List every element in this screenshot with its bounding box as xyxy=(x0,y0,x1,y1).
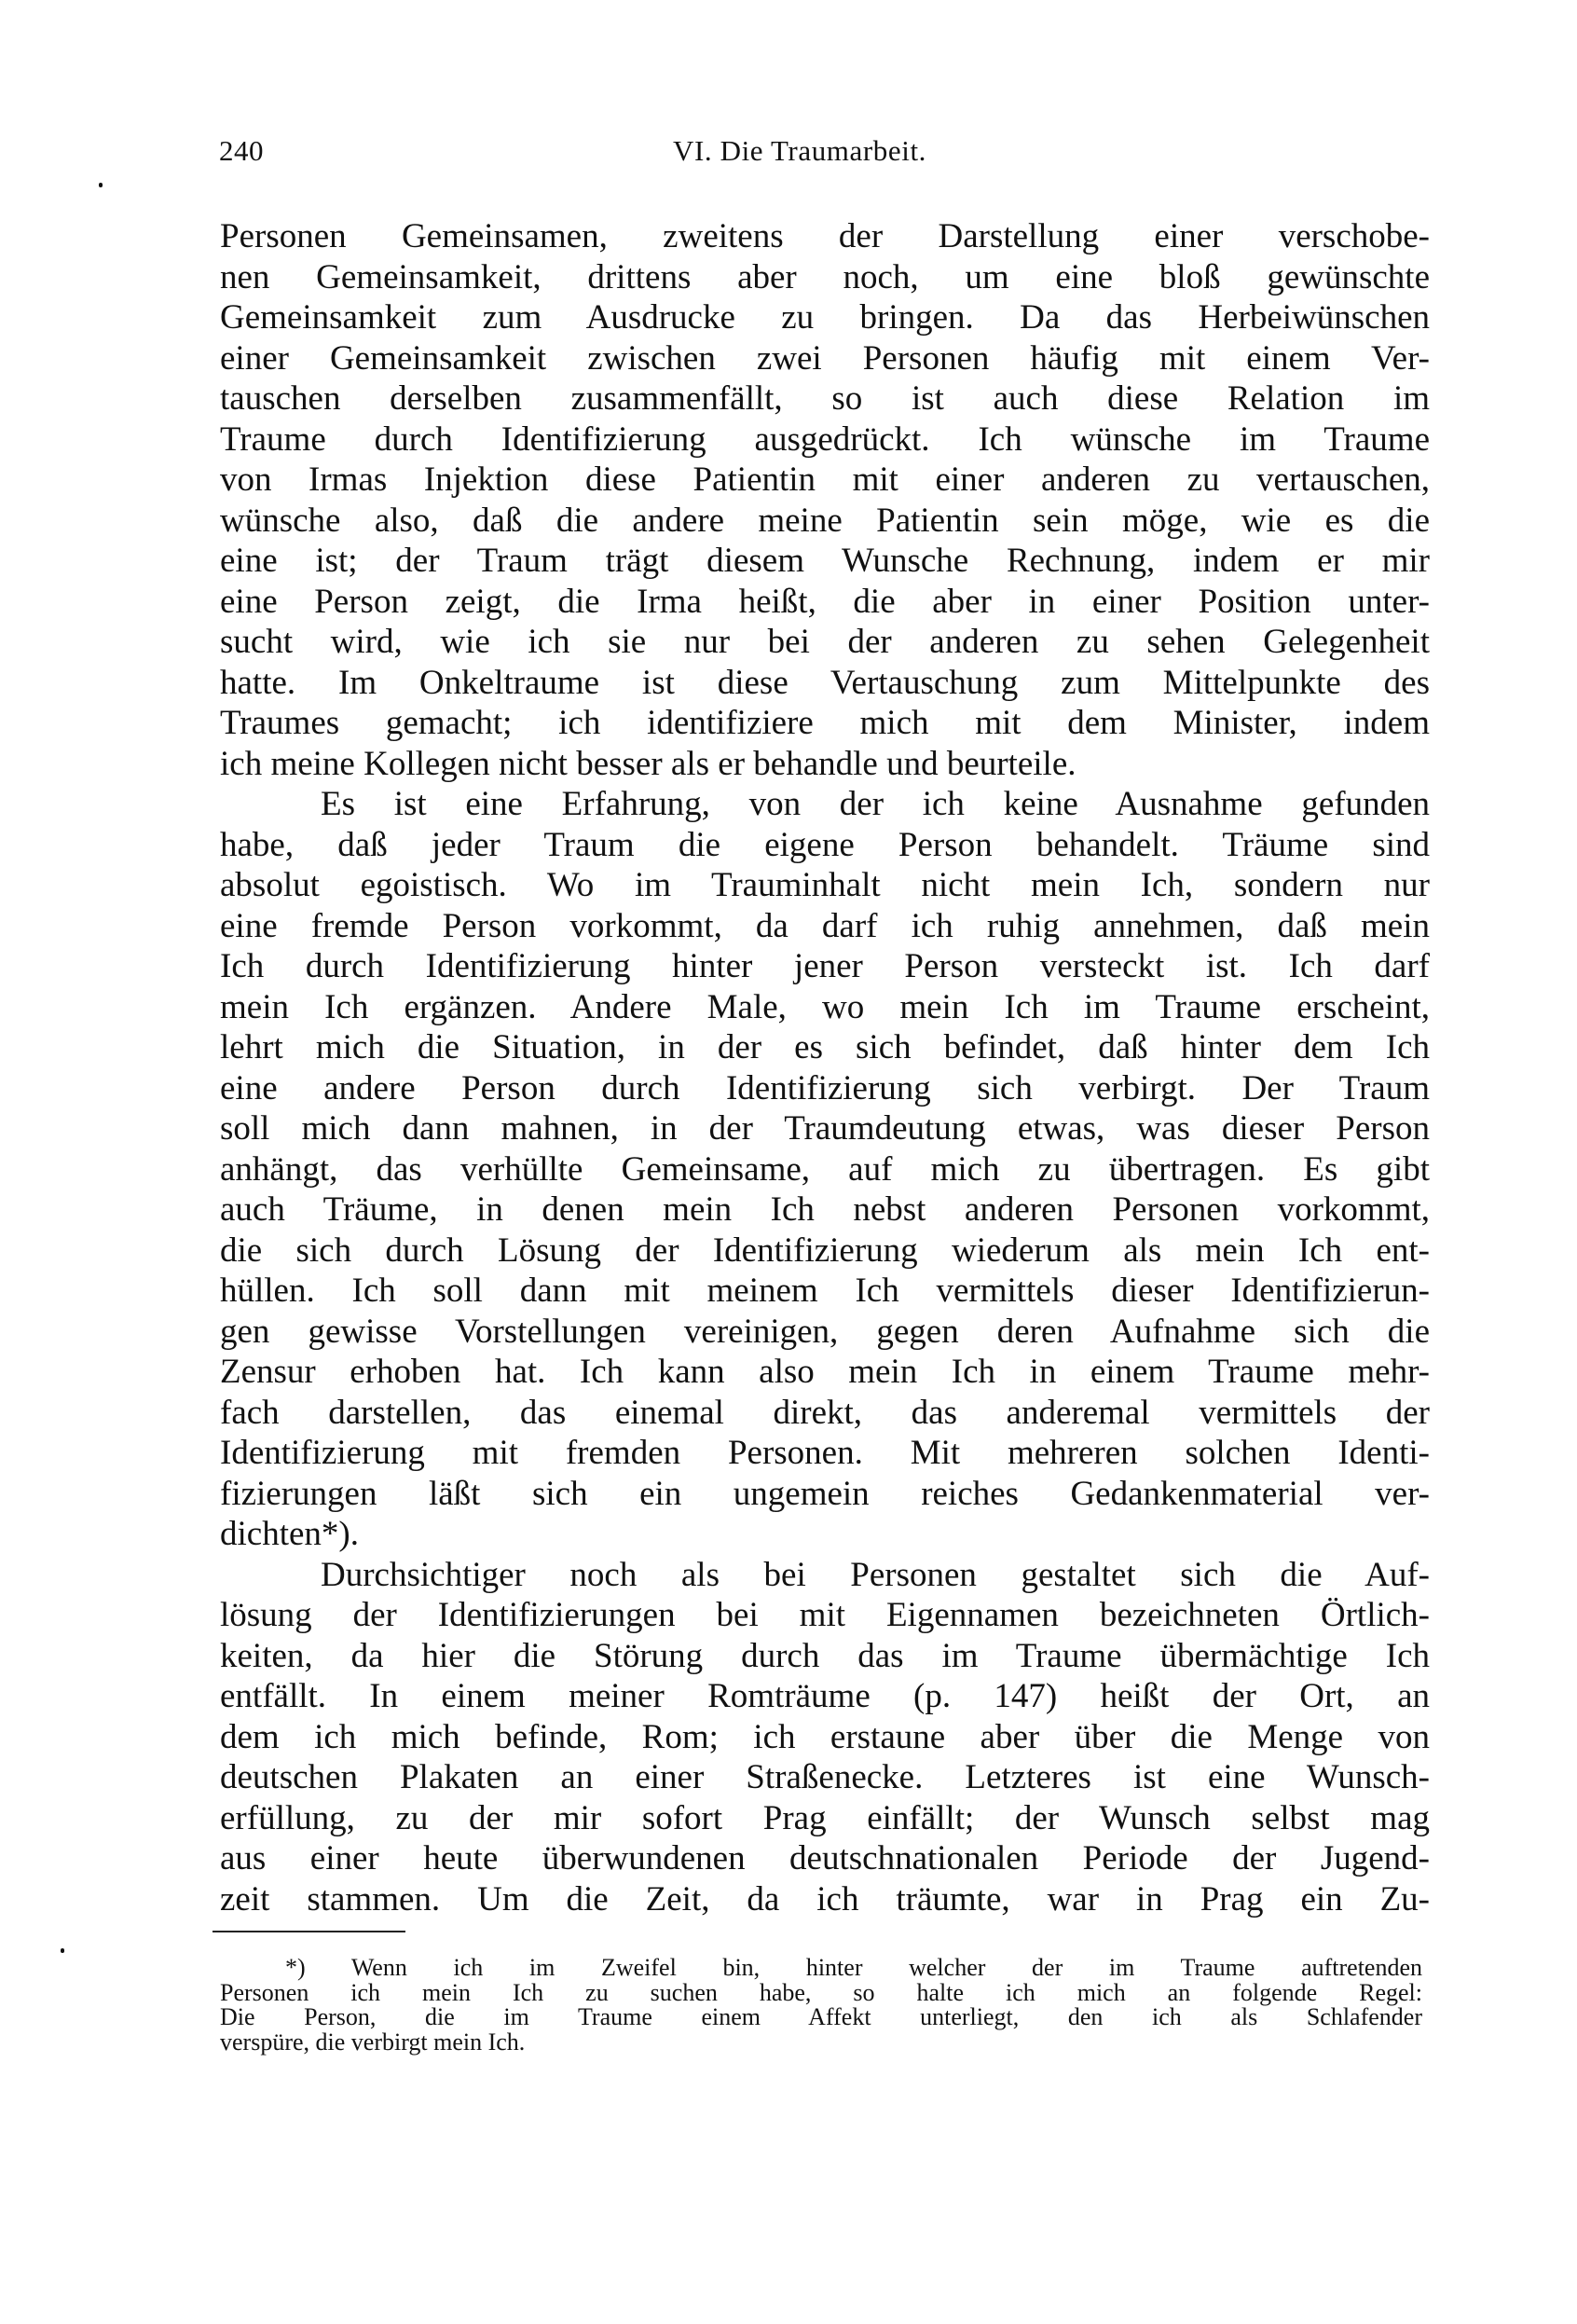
paragraph-start-line: Es ist eine Erfahrung, von der ich keine… xyxy=(220,784,1430,825)
scan-speck xyxy=(99,183,103,187)
text-line: hatte. Im Onkeltraume ist diese Vertausc… xyxy=(220,663,1430,704)
footnote: *) Wenn ich im Zweifel bin, hinter welch… xyxy=(220,1956,1422,2056)
text-line: auch Träume, in denen mein Ich nebst and… xyxy=(220,1190,1430,1231)
footnote-line: Die Person, die im Traume einem Affekt u… xyxy=(220,2005,1422,2030)
text-line: einer Gemeinsamkeit zwischen zwei Person… xyxy=(220,338,1430,379)
text-line: gen gewisse Vorstellungen vereinigen, ge… xyxy=(220,1312,1430,1353)
text-line: lehrt mich die Situation, in der es sich… xyxy=(220,1027,1430,1068)
text-line: zeit stammen. Um die Zeit, da ich träumt… xyxy=(220,1879,1430,1920)
text-line: entfällt. In einem meiner Romträume (p. … xyxy=(220,1676,1430,1717)
book-page: 240 VI. Die Traumarbeit. Personen Gemein… xyxy=(0,0,1577,2324)
text-line: hüllen. Ich soll dann mit meinem Ich ver… xyxy=(220,1271,1430,1312)
footnote-line: *) Wenn ich im Zweifel bin, hinter welch… xyxy=(220,1956,1422,1981)
text-line: wünsche also, daß die andere meine Patie… xyxy=(220,501,1430,542)
footnote-line: Personen ich mein Ich zu suchen habe, so… xyxy=(220,1981,1422,2006)
text-line: fizierungen läßt sich ein ungemein reich… xyxy=(220,1474,1430,1515)
footnote-line: verspüre, die verbirgt mein Ich. xyxy=(220,2030,1422,2056)
text-line: deutschen Plakaten an einer Straßenecke.… xyxy=(220,1757,1430,1798)
text-line: Traume durch Identifizierung ausgedrückt… xyxy=(220,419,1430,461)
text-line: tauschen derselben zusammenfällt, so ist… xyxy=(220,378,1430,419)
text-line: eine andere Person durch Identifizierung… xyxy=(220,1068,1430,1109)
chapter-title: VI. Die Traumarbeit. xyxy=(673,131,926,172)
running-head: 240 VI. Die Traumarbeit. xyxy=(219,131,1429,172)
page-number: 240 xyxy=(219,131,264,172)
text-line: dem ich mich befinde, Rom; ich erstaune … xyxy=(220,1717,1430,1758)
text-line: fach darstellen, das einemal direkt, das… xyxy=(220,1393,1430,1434)
text-line: Identifizierung mit fremden Personen. Mi… xyxy=(220,1433,1430,1474)
text-line: sucht wird, wie ich sie nur bei der ande… xyxy=(220,622,1430,663)
footnote-separator xyxy=(213,1931,405,1932)
text-line: Ich durch Identifizierung hinter jener P… xyxy=(220,946,1430,987)
paragraph-end-line: ich meine Kollegen nicht besser als er b… xyxy=(220,744,1430,785)
text-line: Personen Gemeinsamen, zweitens der Darst… xyxy=(220,216,1430,257)
text-line: habe, daß jeder Traum die eigene Person … xyxy=(220,825,1430,866)
text-line: keiten, da hier die Störung durch das im… xyxy=(220,1636,1430,1677)
body-text: Personen Gemeinsamen, zweitens der Darst… xyxy=(220,216,1430,1919)
text-line: anhängt, das verhüllte Gemeinsame, auf m… xyxy=(220,1149,1430,1190)
scan-speck xyxy=(61,1948,64,1953)
text-line: eine fremde Person vorkommt, da darf ich… xyxy=(220,906,1430,947)
text-line: mein Ich ergänzen. Andere Male, wo mein … xyxy=(220,987,1430,1028)
text-line: soll mich dann mahnen, in der Traumdeutu… xyxy=(220,1108,1430,1149)
text-line: erfüllung, zu der mir sofort Prag einfäl… xyxy=(220,1798,1430,1839)
text-line: eine ist; der Traum trägt diesem Wunsche… xyxy=(220,541,1430,582)
text-line: die sich durch Lösung der Identifizierun… xyxy=(220,1231,1430,1272)
text-line: Traumes gemacht; ich identifiziere mich … xyxy=(220,703,1430,744)
text-line: von Irmas Injektion diese Patientin mit … xyxy=(220,460,1430,501)
text-line: absolut egoistisch. Wo im Trauminhalt ni… xyxy=(220,865,1430,906)
text-line: Zensur erhoben hat. Ich kann also mein I… xyxy=(220,1352,1430,1393)
paragraph-end-line: dichten*). xyxy=(220,1514,1430,1555)
paragraph-start-line: Durchsichtiger noch als bei Personen ges… xyxy=(220,1555,1430,1596)
text-line: aus einer heute überwundenen deutschnati… xyxy=(220,1838,1430,1879)
text-line: nen Gemeinsamkeit, drittens aber noch, u… xyxy=(220,257,1430,298)
text-line: lösung der Identifizierungen bei mit Eig… xyxy=(220,1595,1430,1636)
text-line: Gemeinsamkeit zum Ausdrucke zu bringen. … xyxy=(220,297,1430,338)
text-line: eine Person zeigt, die Irma heißt, die a… xyxy=(220,582,1430,623)
